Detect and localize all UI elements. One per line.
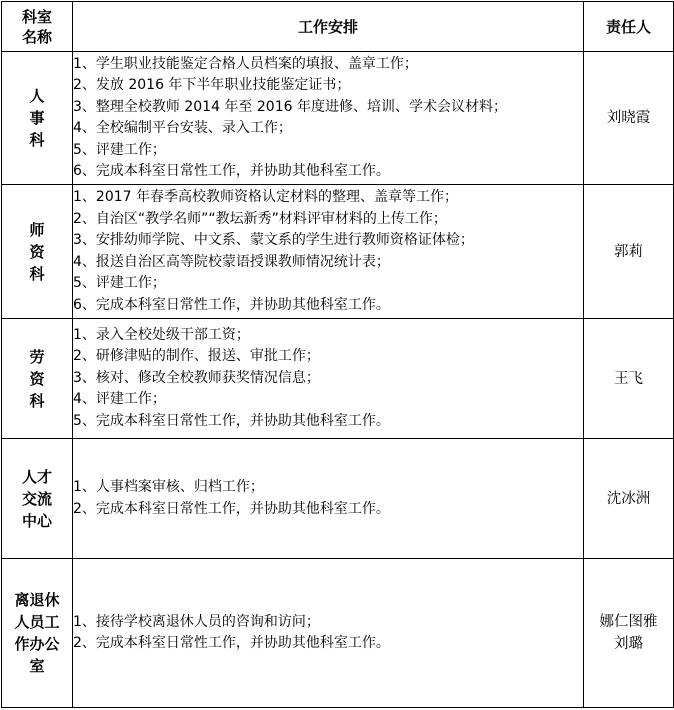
table-row: 人 事 科 1、学生职业技能鉴定合格人员档案的填报、盖章工作； 2、发放 201… <box>2 52 674 185</box>
table-row: 劳 资 科 1、录入全校处级干部工资； 2、研修津贴的制作、报送、审批工作； 3… <box>2 319 674 439</box>
task-item: 1、人事档案审核、归档工作； <box>73 477 583 499</box>
department-name-line: 中心 <box>2 510 72 532</box>
department-name-char: 资 <box>2 241 72 263</box>
department-name-line: 室 <box>2 655 72 677</box>
table-row: 人才 交流 中心 1、人事档案审核、归档工作； 2、完成本科室日常性工作，并协助… <box>2 439 674 559</box>
department-name-char: 人 <box>2 85 72 107</box>
department-cell: 劳 资 科 <box>2 319 73 439</box>
work-schedule-table: 科室 名称 工作安排 责任人 人 事 科 1、学生职业技能鉴定合格人员档案的填报… <box>1 1 674 708</box>
responsible-cell: 郭莉 <box>584 185 674 319</box>
responsible-cell: 王飞 <box>584 319 674 439</box>
responsible-person: 娜仁图雅 <box>584 611 673 633</box>
task-item: 1、2017 年春季高校教师资格认定材料的整理、盖章等工作； <box>73 187 583 209</box>
task-item: 3、安排幼师学院、中文系、蒙文系的学生进行教师资格证体检； <box>73 230 583 252</box>
task-item: 6、完成本科室日常性工作，并协助其他科室工作。 <box>73 161 583 183</box>
task-item: 5、评建工作； <box>73 140 583 162</box>
header-department: 科室 名称 <box>2 2 73 52</box>
table-row: 师 资 科 1、2017 年春季高校教师资格认定材料的整理、盖章等工作； 2、自… <box>2 185 674 319</box>
header-tasks: 工作安排 <box>73 2 584 52</box>
department-name-char: 劳 <box>2 346 72 368</box>
responsible-person: 刘晓霞 <box>584 107 673 129</box>
task-item: 5、评建工作； <box>73 273 583 295</box>
task-item: 4、全校编制平台安装、录入工作； <box>73 118 583 140</box>
responsible-cell: 刘晓霞 <box>584 52 674 185</box>
task-item: 4、报送自治区高等院校蒙语授课教师情况统计表； <box>73 252 583 274</box>
responsible-person: 王飞 <box>584 368 673 390</box>
responsible-person: 郭莉 <box>584 241 673 263</box>
department-name-char: 科 <box>2 390 72 412</box>
department-name-line: 作办公 <box>2 633 72 655</box>
department-name-char: 师 <box>2 219 72 241</box>
department-name-line: 离退休 <box>2 589 72 611</box>
header-row: 科室 名称 工作安排 责任人 <box>2 2 674 52</box>
task-item: 1、接待学校离退休人员的咨询和访问； <box>73 612 583 634</box>
department-name-line: 交流 <box>2 488 72 510</box>
task-item: 6、完成本科室日常性工作，并协助其他科室工作。 <box>73 295 583 317</box>
tasks-cell: 1、人事档案审核、归档工作； 2、完成本科室日常性工作，并协助其他科室工作。 <box>73 439 584 559</box>
department-name-char: 科 <box>2 263 72 285</box>
department-name-char: 事 <box>2 107 72 129</box>
task-item: 1、录入全校处级干部工资； <box>73 325 583 347</box>
responsible-cell: 沈冰洲 <box>584 439 674 559</box>
task-item: 1、学生职业技能鉴定合格人员档案的填报、盖章工作； <box>73 54 583 76</box>
responsible-cell: 娜仁图雅 刘璐 <box>584 559 674 708</box>
tasks-cell: 1、接待学校离退休人员的咨询和访问； 2、完成本科室日常性工作，并协助其他科室工… <box>73 559 584 708</box>
department-name-char: 科 <box>2 129 72 151</box>
responsible-person: 刘璐 <box>584 633 673 655</box>
task-item: 4、评建工作； <box>73 389 583 411</box>
task-item: 2、完成本科室日常性工作，并协助其他科室工作。 <box>73 499 583 521</box>
task-item: 2、自治区“教学名师”“教坛新秀”材料评审材料的上传工作； <box>73 209 583 231</box>
department-name-char: 资 <box>2 368 72 390</box>
task-item: 5、完成本科室日常性工作，并协助其他科室工作。 <box>73 411 583 433</box>
task-item: 3、整理全校教师 2014 年至 2016 年度进修、培训、学术会议材料； <box>73 97 583 119</box>
table-row: 离退休 人员工 作办公 室 1、接待学校离退休人员的咨询和访问； 2、完成本科室… <box>2 559 674 708</box>
responsible-person: 沈冰洲 <box>584 488 673 510</box>
task-item: 2、完成本科室日常性工作，并协助其他科室工作。 <box>73 633 583 655</box>
header-responsible: 责任人 <box>584 2 674 52</box>
department-name-line: 人才 <box>2 466 72 488</box>
department-cell: 人才 交流 中心 <box>2 439 73 559</box>
tasks-cell: 1、录入全校处级干部工资； 2、研修津贴的制作、报送、审批工作； 3、核对、修改… <box>73 319 584 439</box>
header-department-line: 科室 <box>2 7 72 27</box>
department-cell: 人 事 科 <box>2 52 73 185</box>
department-name-line: 人员工 <box>2 611 72 633</box>
tasks-cell: 1、2017 年春季高校教师资格认定材料的整理、盖章等工作； 2、自治区“教学名… <box>73 185 584 319</box>
department-cell: 师 资 科 <box>2 185 73 319</box>
tasks-cell: 1、学生职业技能鉴定合格人员档案的填报、盖章工作； 2、发放 2016 年下半年… <box>73 52 584 185</box>
task-item: 2、发放 2016 年下半年职业技能鉴定证书； <box>73 75 583 97</box>
task-item: 3、核对、修改全校教师获奖情况信息； <box>73 368 583 390</box>
task-item: 2、研修津贴的制作、报送、审批工作； <box>73 346 583 368</box>
header-department-line: 名称 <box>2 27 72 47</box>
department-cell: 离退休 人员工 作办公 室 <box>2 559 73 708</box>
